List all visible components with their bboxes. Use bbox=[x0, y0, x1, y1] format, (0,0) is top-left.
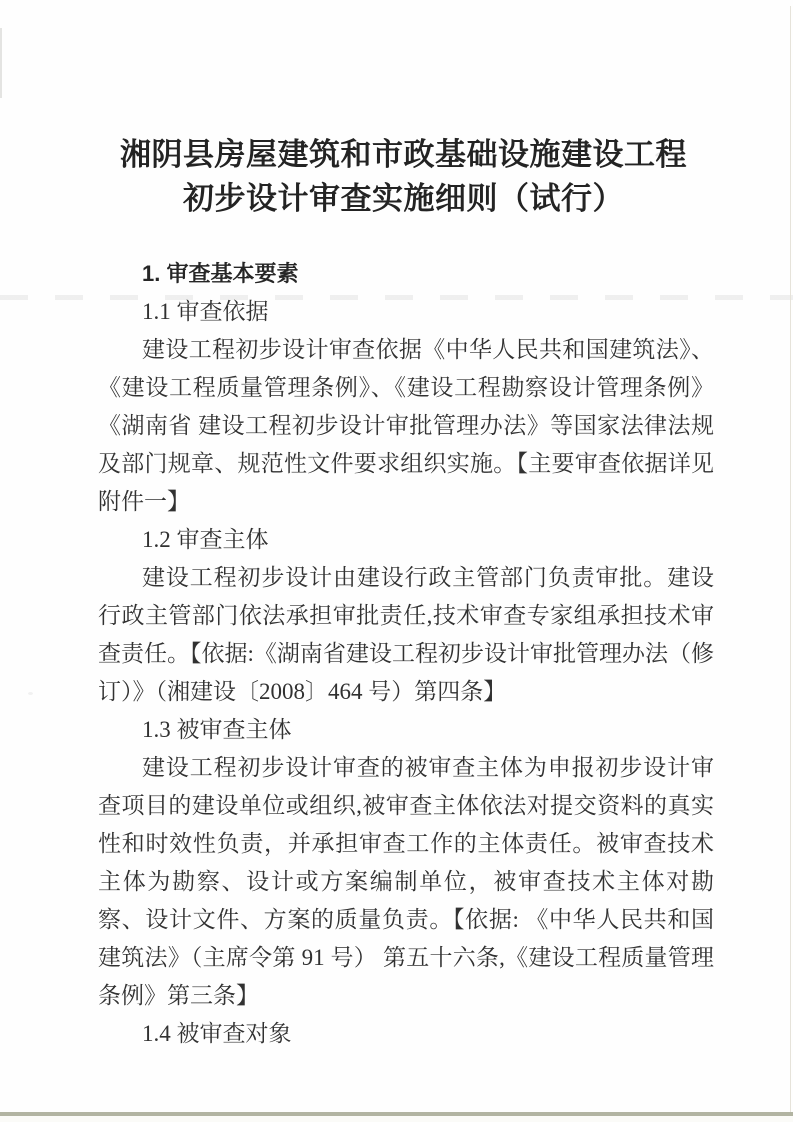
document-title-line2: 初步设计审查实施细则（试行） bbox=[14, 177, 793, 221]
document-paragraph-5: 建设工程初步设计由建设行政主管部门负责审批。建设行政主管部门依法承担审批责任,技… bbox=[98, 559, 714, 711]
document-paragraph-3: 建设工程初步设计审查依据《中华人民共和国建筑法》、《建设工程质量管理条例》、《建… bbox=[98, 331, 714, 521]
document-heading-1: 1. 审查基本要素 bbox=[98, 255, 714, 293]
document-title: 湘阴县房屋建筑和市政基础设施建设工程 初步设计审查实施细则（试行） bbox=[14, 133, 793, 221]
scan-area-below-page bbox=[0, 1116, 793, 1122]
document-title-line1: 湘阴县房屋建筑和市政基础设施建设工程 bbox=[14, 133, 793, 177]
scan-streak-artifact bbox=[0, 295, 793, 300]
document-subheading-4: 1.2 审查主体 bbox=[98, 521, 714, 559]
scanned-document-page: 湘阴县房屋建筑和市政基础设施建设工程 初步设计审查实施细则（试行） 1. 审查基… bbox=[0, 0, 793, 1122]
document-paragraph-7: 建设工程初步设计审查的被审查主体为申报初步设计审查项目的建设单位或组织,被审查主… bbox=[98, 749, 714, 1015]
document-subheading-6: 1.3 被审查主体 bbox=[98, 711, 714, 749]
scan-speck-artifact bbox=[28, 692, 33, 695]
scan-edge-right bbox=[790, 6, 791, 1114]
scan-edge-left bbox=[0, 28, 2, 98]
document-body: 1. 审查基本要素1.1 审查依据建设工程初步设计审查依据《中华人民共和国建筑法… bbox=[98, 255, 714, 1053]
document-subheading-8: 1.4 被审查对象 bbox=[98, 1015, 714, 1053]
